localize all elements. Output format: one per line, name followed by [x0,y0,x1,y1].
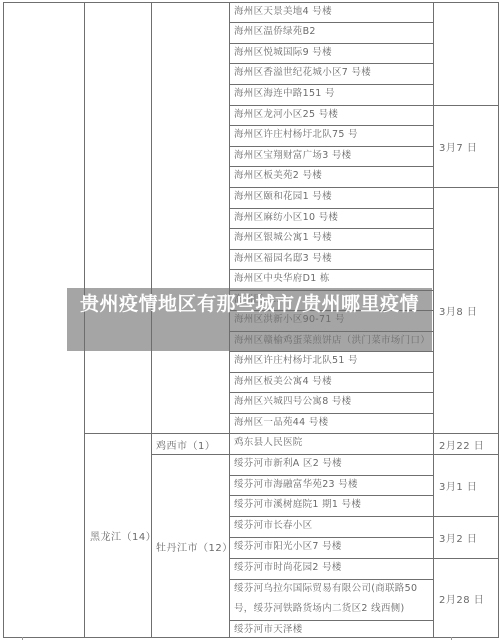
address-cell: 绥芬河市新利A 区2 号楼 [234,454,430,475]
city-cell: 鸡西市（1） [156,437,215,452]
city-group-border [151,454,230,455]
address-cell: 海州区兴城四号公寓8 号楼 [234,392,430,413]
address-cell: 海州区中央华府D1 栋 [234,269,430,290]
date-cell: 3月8 日 [439,303,477,318]
address-cell: 海州区龙河小区25 号楼 [234,105,430,125]
date-group-border [433,433,499,434]
table-bottom-border [3,637,499,638]
address-cell: 绥芬河市溪树庭院1 期1 号楼 [234,495,430,516]
address-cell: 海州区颐和花园1 号楼 [234,187,430,208]
city-cell: 牡丹江市（12） [156,539,233,554]
province-group-border [84,433,152,434]
address-cell: 海州区板美苑2 号楼 [234,166,430,187]
date-group-border [433,105,499,106]
column-border [498,2,499,637]
address-cell: 绥芬河市海融富华苑23 号楼 [234,475,430,495]
address-cell: 海州区温侨绿苑B2 [234,22,430,43]
address-cell: 海州区板美公寓4 号楼 [234,372,430,392]
title-overlay-banner: 贵州疫情地区有那些城市/贵州哪里疫情 [67,288,432,351]
address-cell: 海州区天景美地4 号楼 [234,2,430,22]
address-cell: 海州区香溢世纪花城小区7 号楼 [234,63,430,84]
date-group-border [433,454,499,455]
date-cell: 2月22 日 [439,437,484,452]
address-cell: 绥芬河市天泽楼 [234,620,430,637]
date-group-border [433,187,499,188]
date-cell: 3月7 日 [439,139,477,154]
address-cell: 海州区悦城国际9 号楼 [234,43,430,63]
address-cell: 海州区福园名邸3 号楼 [234,249,430,269]
date-cell: 3月1 日 [439,478,477,493]
address-cell: 海州区宝翔财富广场3 号楼 [234,146,430,166]
date-cell: 3月2 日 [439,530,477,545]
column-border [3,2,4,637]
city-group-border [151,433,230,434]
document-table-image: 海州区天景美地4 号楼海州区温侨绿苑B2海州区悦城国际9 号楼海州区香溢世纪花城… [0,0,500,640]
address-cell: 海州区麻纺小区10 号楼 [234,208,430,228]
date-group-border [433,516,499,517]
address-cell: 绥芬河乌拉尔国际贸易有限公司(商联路50 号，绥芬河铁路货场内二货区2 线西侧) [234,579,430,620]
address-cell: 绥芬河市阳光小区7 号楼 [234,537,430,558]
address-cell: 海州区一品苑44 号楼 [234,413,430,433]
address-cell: 海州区许庄村杨圩北队51 号 [234,351,430,372]
province-cell: 黑龙江（14） [90,528,156,543]
overlay-title: 贵州疫情地区有那些城市/贵州哪里疫情 [67,290,432,318]
address-cell: 海州区海连中路151 号 [234,84,430,105]
column-border [433,2,434,637]
date-cell: 2月28 日 [439,591,484,606]
address-cell: 绥芬河市时尚花园2 号楼 [234,558,430,579]
address-cell: 绥芬河市长春小区 [234,516,430,537]
address-cell: 海州区银城公寓1 号楼 [234,228,430,249]
date-group-border [433,558,499,559]
address-cell: 海州区许庄村杨圩北队75 号 [234,125,430,146]
address-cell: 鸡东县人民医院 [234,433,430,454]
